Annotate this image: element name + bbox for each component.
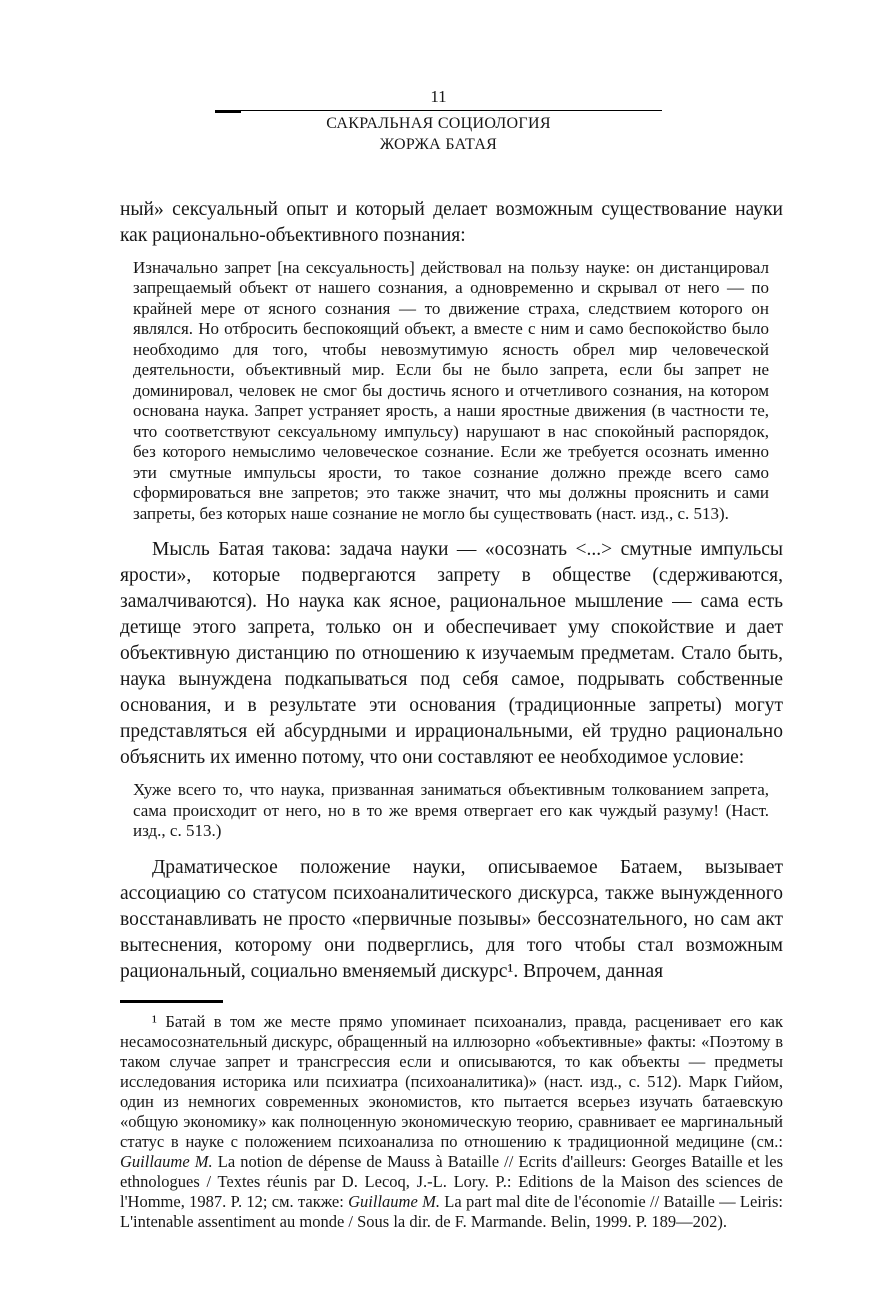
title-line-2: ЖОРЖА БАТАЯ [215, 134, 662, 156]
title-line-1: САКРАЛЬНАЯ СОЦИОЛОГИЯ [215, 113, 662, 135]
page-text-area: 11 САКРАЛЬНАЯ СОЦИОЛОГИЯ ЖОРЖА БАТАЯ ный… [120, 88, 783, 1232]
page-number: 11 [215, 88, 662, 107]
paragraph-2: Мысль Батая такова: задача науки — «осоз… [120, 537, 783, 771]
paragraph-continuation: ный» сексуальный опыт и который делает в… [120, 197, 783, 249]
page-header: 11 САКРАЛЬНАЯ СОЦИОЛОГИЯ ЖОРЖА БАТАЯ [120, 88, 783, 156]
footnote-separator [120, 1000, 223, 1003]
footnote-text: ¹ Батай в том же месте прямо упоминает п… [120, 1012, 783, 1232]
blockquote-1: Изначально запрет [на сексуальность] дей… [133, 258, 769, 525]
header-rule [215, 110, 662, 111]
blockquote-2: Хуже всего то, что наука, призванная зан… [133, 780, 769, 842]
footnote-area: ¹ Батай в том же месте прямо упоминает п… [120, 1000, 783, 1232]
page-body: ный» сексуальный опыт и который делает в… [120, 197, 783, 985]
page-title: САКРАЛЬНАЯ СОЦИОЛОГИЯ ЖОРЖА БАТАЯ [215, 113, 662, 156]
book-page: 11 САКРАЛЬНАЯ СОЦИОЛОГИЯ ЖОРЖА БАТАЯ ный… [0, 0, 877, 1300]
paragraph-3: Драматическое положение науки, описываем… [120, 855, 783, 985]
